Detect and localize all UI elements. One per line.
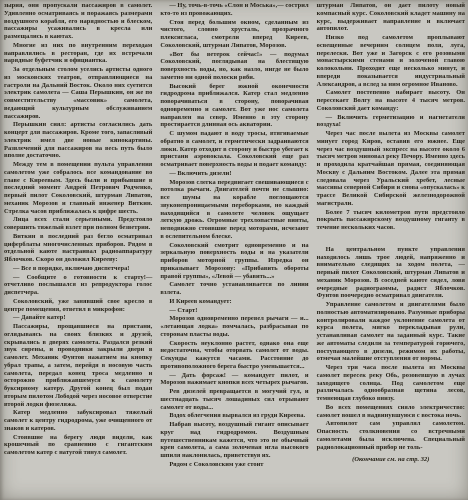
paragraph: Во всех помещениях сияло электричество: …: [317, 404, 465, 420]
paragraph: зырия, они пропускали пассажиров в самол…: [4, 2, 152, 41]
paragraph: Виткин в последний раз бегло осматривал …: [4, 233, 152, 264]
paragraph: Морозов слегка передвигает свешивающиеся…: [160, 179, 308, 241]
paragraph: Катер медленно забуксировал тяжелый само…: [4, 409, 152, 432]
paragraph: С шумом падают в воду тросы, втягиваемые…: [160, 130, 308, 169]
paragraph: Рев дизелей превращается в могучий гул, …: [160, 388, 308, 411]
section-lead-word: На: [326, 246, 347, 253]
paragraph: Набрав высоту, воздушный гигант описывае…: [160, 421, 308, 460]
paragraph: Стоя перед большим окном, сделанным из ч…: [160, 19, 308, 50]
text-column-right: штурман Липатов, он дает пилоту новый ко…: [317, 2, 465, 470]
paragraph: Между тем в помещении пульта управления …: [4, 161, 152, 215]
paragraph: — Давайте катер!: [4, 314, 152, 322]
paragraph: Рядом с Соколовским уже стоит: [160, 461, 308, 469]
text-columns: зырия, они пропускали пассажиров в самол…: [0, 0, 468, 470]
paragraph: «Вот бы ветерок сейчас!» — подумал Сокол…: [160, 51, 308, 82]
paragraph: На центральном пункте управления находил…: [317, 246, 465, 300]
paragraph: штурман Липатов, он дает пилоту новый ко…: [317, 2, 465, 33]
magazine-page: зырия, они пропускали пассажиров в самол…: [0, 0, 468, 500]
paragraph: Автопилот сам управлял самолетом. Опасно…: [317, 420, 465, 451]
paragraph: — Старт!: [160, 307, 308, 315]
paragraph: Перышкин сиял: артисты согласились дать …: [4, 121, 152, 160]
paragraph: — Дать форсаж! — командует пилот, и Моро…: [160, 372, 308, 388]
paragraph: Высокий берег южной оконечности гидродро…: [160, 83, 308, 130]
text-column-left: зырия, они пропускали пассажиров в самол…: [4, 2, 152, 470]
paragraph: За отдельным столом уселись артисты одно…: [4, 66, 152, 120]
paragraph: Стоявшие на берегу люди видели, как крош…: [4, 434, 152, 457]
paragraph: Пассажиры, прощавшиеся на пристани, огля…: [4, 323, 152, 408]
paragraph: Самолет точно устанавливается по линии в…: [160, 281, 308, 297]
paragraph: — Все в порядке, включаю диспетчера!: [4, 265, 152, 273]
paragraph: И Киреев командует:: [160, 298, 308, 306]
continuation-note: (Окончание см. на стр. 32): [317, 456, 465, 464]
paragraph: Скорость неуклонно растет, однако она ещ…: [160, 340, 308, 371]
paragraph: Низко под самолетом проплывают освещенны…: [317, 34, 465, 88]
paragraph: Вздох облегчения вырвался из груди Кирее…: [160, 412, 308, 420]
paragraph: Многие из них по внутренним переходам на…: [4, 42, 152, 65]
paragraph: — Сообщите о готовности к старту!— отчет…: [4, 274, 152, 297]
paragraph: Более 7 тысяч километров пути предстояло…: [317, 209, 465, 232]
paragraph: Через час после вылета из Москвы самолет…: [317, 130, 465, 208]
paragraph: — Ну, точь-в-точь «Слон и Моська»,— сост…: [160, 2, 308, 18]
paragraph: Морозов одновременно перевел рычаги — и.…: [160, 315, 308, 338]
text-column-middle: — Ну, точь-в-точь «Слон и Моська»,— сост…: [160, 2, 308, 470]
paragraph: Лица всех стали серьезными. Предстояло с…: [4, 216, 152, 232]
paragraph: — Включить дизели!: [160, 170, 308, 178]
paragraph: Самолет постепенно набирает высоту. Он п…: [317, 89, 465, 112]
paragraph: Соколовский, уже занявший свое кресло в …: [4, 298, 152, 314]
paragraph: Соколовский смотрит одновременно и на зе…: [160, 242, 308, 281]
paragraph: Управление самолетом и двигателями было …: [317, 301, 465, 363]
paragraph: Через три часа после вылета из Москвы са…: [317, 364, 465, 403]
paragraph: — Включить герметизацию и нагнетатели во…: [317, 114, 465, 130]
